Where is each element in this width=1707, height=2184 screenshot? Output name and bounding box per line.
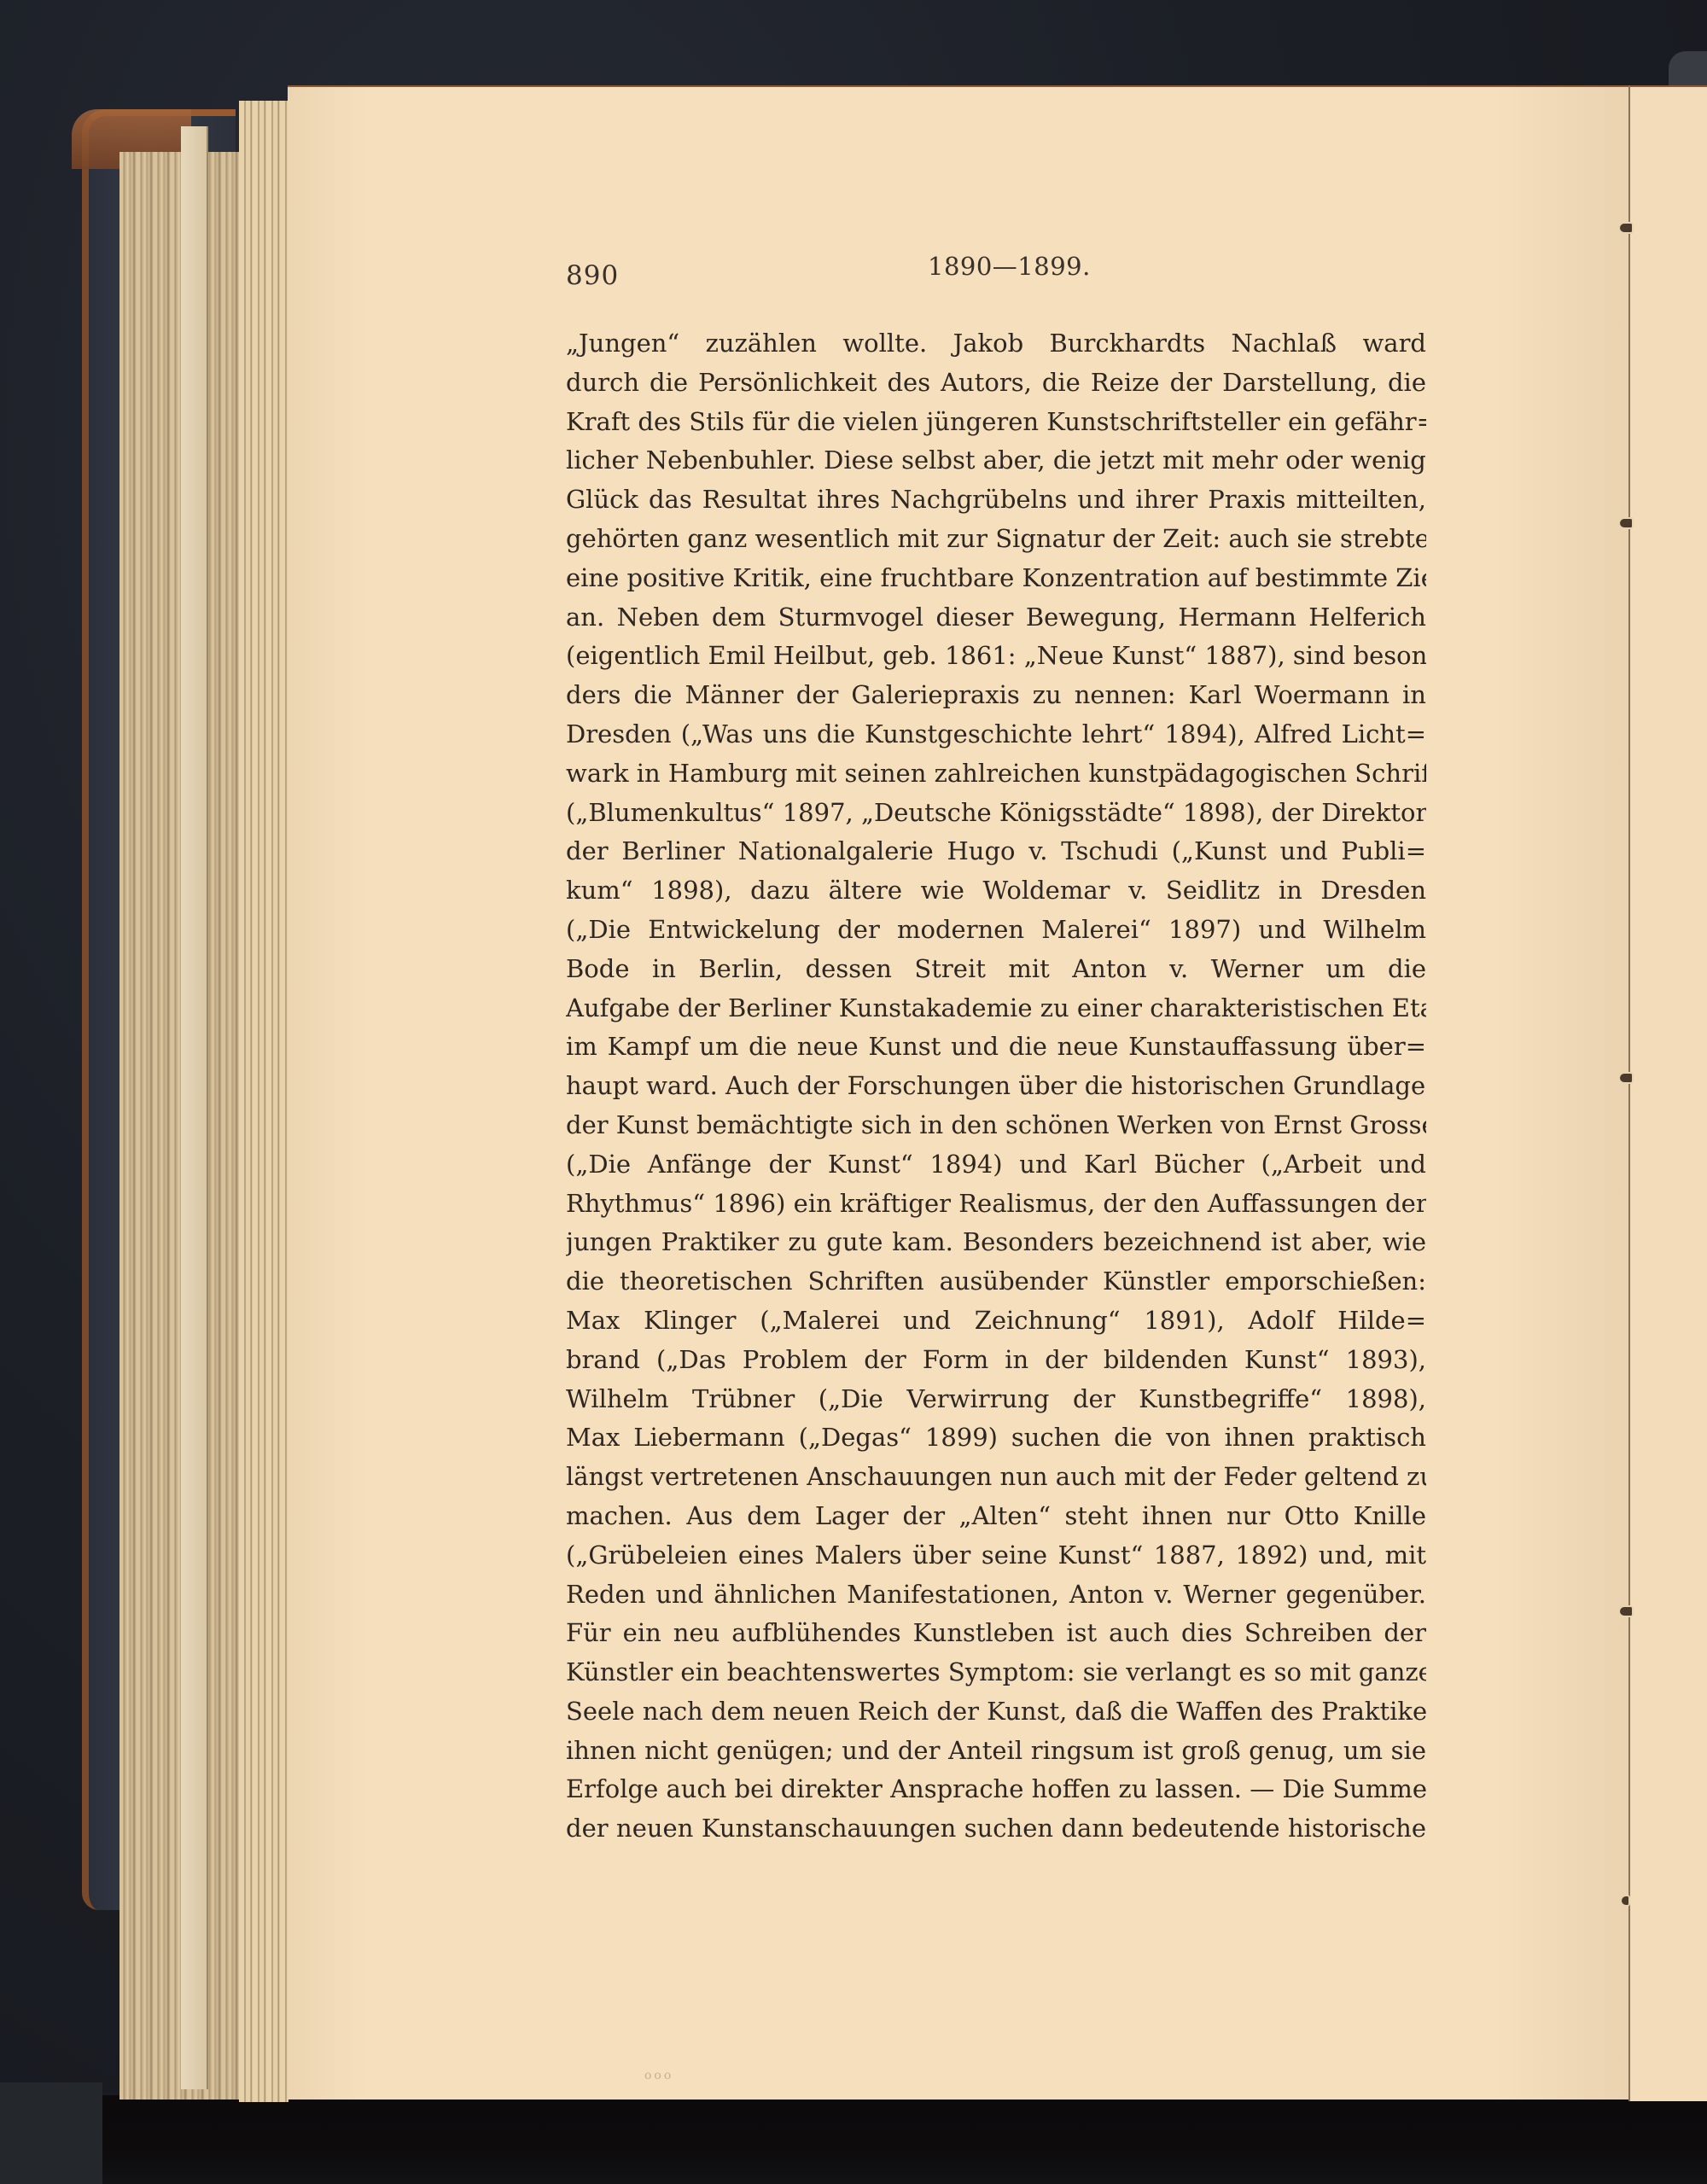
facing-page-edge	[1630, 85, 1707, 2101]
text-line: wark in Hamburg mit seinen zahlreichen k…	[566, 754, 1426, 794]
text-line: ihnen nicht genügen; und der Anteil ring…	[566, 1732, 1426, 1771]
text-line: brand („Das Problem der Form in der bild…	[566, 1341, 1426, 1380]
text-line: der Berliner Nationalgalerie Hugo v. Tsc…	[566, 832, 1426, 871]
text-line: („Grübeleien eines Malers über seine Kun…	[566, 1536, 1426, 1575]
text-line: an. Neben dem Sturmvogel dieser Bewegung…	[566, 598, 1426, 638]
text-line: haupt ward. Auch der Forschungen über di…	[566, 1067, 1426, 1106]
text-line: ders die Männer der Galeriepraxis zu nen…	[566, 676, 1426, 715]
text-line: Glück das Resultat ihres Nachgrübelns un…	[566, 480, 1426, 520]
text-line: kum“ 1898), dazu ältere wie Woldemar v. …	[566, 871, 1426, 911]
text-line: Dresden („Was uns die Kunstgeschichte le…	[566, 715, 1426, 754]
background-shadow	[0, 2095, 1707, 2184]
text-line: Kraft des Stils für die vielen jüngeren …	[566, 403, 1426, 442]
text-line: Künstler ein beachtenswertes Symptom: si…	[566, 1653, 1426, 1692]
gutter	[1628, 85, 1630, 2101]
background-strip	[0, 2082, 102, 2184]
printer-signature-mark: ooo	[644, 2069, 673, 2082]
binding-stitch	[1620, 519, 1632, 527]
text-line: die theoretischen Schriften ausübender K…	[566, 1262, 1426, 1302]
body-text: „Jungen“ zuzählen wollte. Jakob Burckhar…	[566, 324, 1426, 1849]
text-line: Für ein neu aufblühendes Kunstleben ist …	[566, 1614, 1426, 1653]
text-line: Erfolge auch bei direkter Ansprache hoff…	[566, 1770, 1426, 1809]
text-line: machen. Aus dem Lager der „Alten“ steht …	[566, 1497, 1426, 1536]
text-line: längst vertretenen Anschauungen nun auch…	[566, 1458, 1426, 1497]
binding-stitch	[1620, 224, 1632, 232]
text-line: im Kampf um die neue Kunst und die neue …	[566, 1028, 1426, 1067]
text-line: Seele nach dem neuen Reich der Kunst, da…	[566, 1692, 1426, 1732]
right-page-cover-corner	[1669, 51, 1707, 85]
page-number: 890	[566, 260, 619, 291]
text-line: Rhythmus“ 1896) ein kräftiger Realismus,…	[566, 1185, 1426, 1224]
text-line: („Die Anfänge der Kunst“ 1894) und Karl …	[566, 1145, 1426, 1185]
running-head: 890 1890—1899.	[566, 260, 1426, 294]
text-line: licher Nebenbuhler. Diese selbst aber, d…	[566, 441, 1426, 480]
page-edges-stack	[119, 152, 241, 2100]
text-line: Max Liebermann („Degas“ 1899) suchen die…	[566, 1418, 1426, 1458]
text-line: Aufgabe der Berliner Kunstakademie zu ei…	[566, 989, 1426, 1028]
page-edges-stack-inner	[181, 126, 208, 2089]
text-line: Wilhelm Trübner („Die Verwirrung der Kun…	[566, 1380, 1426, 1419]
text-line: durch die Persönlichkeit des Autors, die…	[566, 364, 1426, 403]
text-line: Reden und ähnlichen Manifestationen, Ant…	[566, 1575, 1426, 1615]
text-line: eine positive Kritik, eine fruchtbare Ko…	[566, 559, 1426, 598]
text-line: („Blumenkultus“ 1897, „Deutsche Königsst…	[566, 794, 1426, 833]
text-line: „Jungen“ zuzählen wollte. Jakob Burckhar…	[566, 324, 1426, 364]
text-line: Bode in Berlin, dessen Streit mit Anton …	[566, 950, 1426, 989]
text-line: der neuen Kunstanschauungen suchen dann …	[566, 1809, 1426, 1849]
text-line: der Kunst bemächtigte sich in den schöne…	[566, 1106, 1426, 1145]
text-line: („Die Entwickelung der modernen Malerei“…	[566, 911, 1426, 950]
text-line: jungen Praktiker zu gute kam. Besonders …	[566, 1223, 1426, 1262]
text-line: gehörten ganz wesentlich mit zur Signatu…	[566, 520, 1426, 559]
running-head-title: 1890—1899.	[928, 252, 1091, 281]
page-edges-stack-front	[239, 101, 288, 2102]
binding-stitch	[1622, 1896, 1628, 1905]
binding-stitch	[1620, 1074, 1632, 1082]
binding-stitch	[1620, 1607, 1632, 1616]
text-line: Max Klinger („Malerei und Zeichnung“ 189…	[566, 1302, 1426, 1341]
text-line: (eigentlich Emil Heilbut, geb. 1861: „Ne…	[566, 637, 1426, 676]
